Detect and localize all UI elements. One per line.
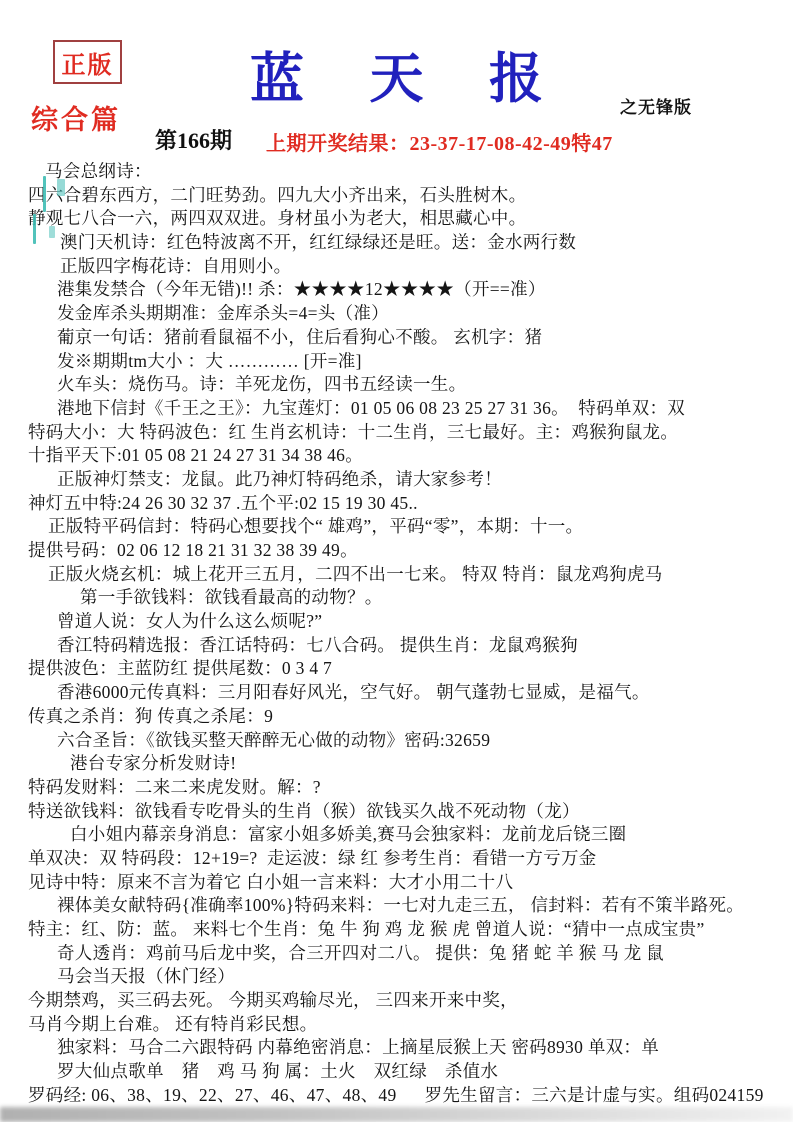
body-line: 罗大仙点歌单 猪 鸡 马 狗 属：土火 双红绿 杀值水 [0, 1060, 793, 1084]
body-line: 见诗中特：原来不言为着它 白小姐一言来料：大才小用二十八 [0, 871, 793, 895]
body-line: 葡京一句话：猪前看鼠福不小，住后看狗心不酸。 玄机字：猪 [0, 326, 793, 350]
body-line: 第一手欲钱料：欲钱看最高的动物？。 [0, 586, 793, 610]
edition-label: 之无锋版 [620, 93, 692, 118]
body-line: 港集发禁合（今年无错)!! 杀：★★★★12★★★★（开==准） [0, 278, 793, 302]
body-line: 奇人透肖：鸡前马后龙中奖，合三开四对二八。 提供：兔 猪 蛇 羊 猴 马 龙 鼠 [0, 942, 793, 966]
body-line: 裸体美女献特码{准确率100%}特码来料：一七对九走三五， 信封料：若有不策半路… [0, 894, 793, 918]
body-line: 今期禁鸡，买三码去死。 今期买鸡输尽光， 三四来开来中奖， [0, 989, 793, 1013]
body-line: 特码发财料：二来二来虎发财。解：? [0, 776, 793, 800]
body-line: 正版神灯禁支：龙鼠。此乃神灯特码绝杀，请大家参考！ [0, 468, 793, 492]
body-line: 六合圣旨：《欲钱买整天醉醉无心做的动物》密码:32659 [0, 729, 793, 753]
teal-scan-mark [57, 179, 65, 196]
body-line: 特主：红、防：蓝。 来料七个生肖：兔 牛 狗 鸡 龙 猴 虎 曾道人说：“猜中一… [0, 918, 793, 942]
body-line: 正版四字梅花诗：自用则小。 [0, 255, 793, 279]
body-line: 静观七八合一六，两四双双进。身材虽小为老大，相思藏心中。 [0, 207, 793, 231]
body-text: 马会总纲诗：四六合碧东西方，二门旺势劲。四九大小齐出来，石头胜树木。静观七八合一… [0, 160, 793, 1108]
body-line: 港台专家分析发财诗! [0, 752, 793, 776]
body-line: 马肖今期上台难。 还有特肖彩民想。 [0, 1013, 793, 1037]
body-line: 港地下信封《千王之王》：九宝莲灯：01 05 06 08 23 25 27 31… [0, 397, 793, 421]
body-line: 香江特码精选报：香江话特码：七八合码。 提供生肖：龙鼠鸡猴狗 [0, 634, 793, 658]
body-line: 十指平天下:01 05 08 21 24 27 31 34 38 46。 [0, 444, 793, 468]
body-line: 发金库杀头期期准：金库杀头=4=头（准） [0, 302, 793, 326]
body-line: 发※期期tm大小 ：大 ………… [开=准] [0, 350, 793, 374]
body-line: 特送欲钱料：欲钱看专吃骨头的生肖（猴）欲钱买久战不死动物（龙） [0, 800, 793, 824]
body-line: 神灯五中特:24 26 30 32 37 .五个平:02 15 19 30 45… [0, 492, 793, 516]
body-line: 四六合碧东西方，二门旺势劲。四九大小齐出来，石头胜树木。 [0, 184, 793, 208]
newspaper-page: 正版 蓝 天 报 之无锋版 综合篇 第166期 上期开奖结果：23-37-17-… [0, 0, 793, 1122]
body-line: 特码大小：大 特码波色：红 生肖玄机诗：十二生肖，三七最好。主：鸡猴狗鼠龙。 [0, 421, 793, 445]
body-line: 马会当天报（休门经） [0, 965, 793, 989]
teal-scan-mark [49, 226, 55, 238]
body-line: 提供号码：02 06 12 18 21 31 32 38 39 49。 [0, 539, 793, 563]
body-line: 罗码经: 06、38、19、22、27、46、47、48、49 罗先生留言：三六… [0, 1084, 793, 1108]
teal-scan-mark [33, 214, 36, 244]
issue-number: 第166期 [155, 124, 232, 155]
body-line: 提供波色：主蓝防红 提供尾数：0 3 4 7 [0, 657, 793, 681]
body-line: 香港6000元传真料：三月阳春好风光，空气好。 朝气蓬勃七显威，是福气。 [0, 681, 793, 705]
scan-artifact-band [0, 1107, 793, 1122]
body-line: 正版火烧玄机：城上花开三五月，二四不出一七来。 特双 特肖：鼠龙鸡狗虎马 [0, 563, 793, 587]
body-line: 火车头：烧伤马。诗：羊死龙伤，四书五经读一生。 [0, 373, 793, 397]
body-line: 马会总纲诗： [0, 160, 793, 184]
body-line: 单双决：双 特码段：12+19=? 走运波：绿 红 参考生肖：看错一方亏万金 [0, 847, 793, 871]
body-line: 正版特平码信封：特码心想要找个“ 雄鸡”，平码“零”，本期：十一。 [0, 515, 793, 539]
section-name: 综合篇 [31, 98, 121, 137]
body-line: 白小姐内幕亲身消息：富家小姐多娇美,赛马会独家料：龙前龙后铙三圈 [0, 823, 793, 847]
last-draw-result: 上期开奖结果：23-37-17-08-42-49特47 [266, 127, 613, 156]
body-line: 曾道人说：女人为什么这么烦呢?” [0, 610, 793, 634]
body-line: 独家料：马合二六跟特码 内幕绝密消息：上摘星辰猴上天 密码8930 单双：单 [0, 1036, 793, 1060]
body-line: 传真之杀肖：狗 传真之杀尾：9 [0, 705, 793, 729]
teal-scan-mark [43, 176, 46, 212]
body-line: 澳门天机诗：红色特波离不开，红红绿绿还是旺。送：金水两行数 [0, 231, 793, 255]
